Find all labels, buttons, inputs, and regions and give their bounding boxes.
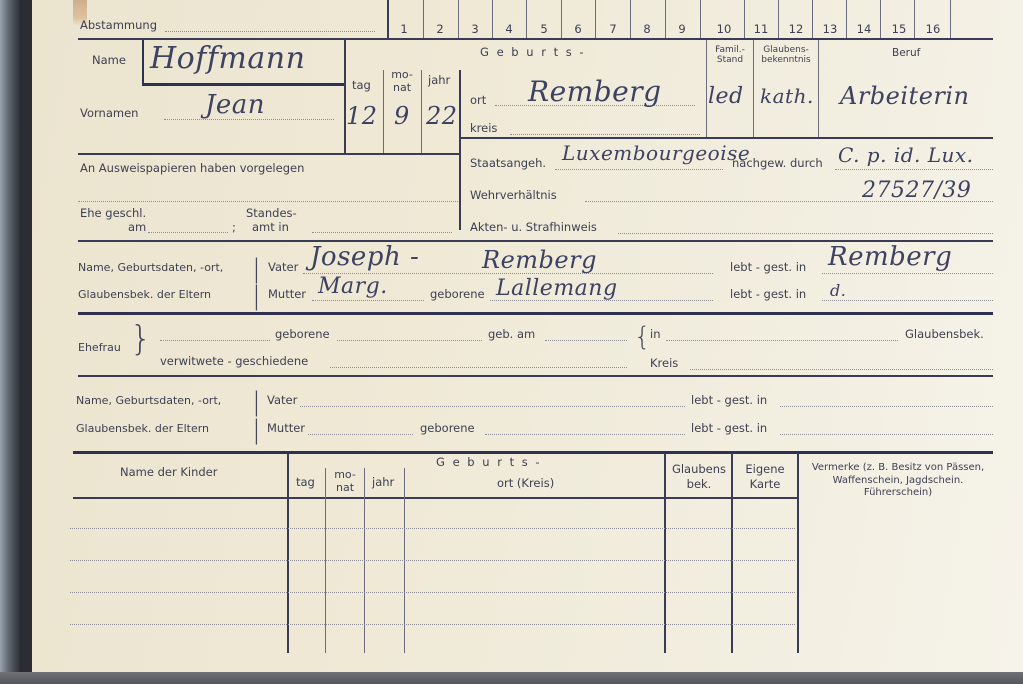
- geb-am-line: [545, 340, 627, 341]
- ehe-label: Ehe geschl.: [80, 208, 146, 220]
- in-label: in: [650, 329, 660, 341]
- wehr-label: Wehrverhältnis: [470, 190, 557, 202]
- vornamen-value[interactable]: Jean: [205, 92, 265, 118]
- famil-stand-label: Famil.- Stand: [707, 45, 753, 65]
- table-row[interactable]: [70, 624, 795, 625]
- children-geburts-header: G e b u r t s -: [436, 457, 542, 469]
- mutter-lebt-line: [822, 300, 993, 301]
- staatsangeh-line: [555, 169, 723, 170]
- vater-lebt-value[interactable]: Remberg: [828, 244, 952, 270]
- col-divider: [914, 0, 915, 38]
- spouse-mutter-lebt-line: [780, 434, 993, 435]
- geborene-label: geborene: [430, 289, 485, 301]
- divider: [459, 70, 461, 230]
- spouse-kreis-label: Kreis: [650, 358, 678, 370]
- brace: {: [634, 324, 651, 350]
- mutter-lebt-value[interactable]: d.: [830, 283, 846, 299]
- wehr-value[interactable]: 27527/39: [862, 180, 971, 202]
- parents-label-1: Name, Geburtsdaten, -ort,: [78, 262, 223, 273]
- verwitwete-label: verwitwete - geschiedene: [160, 356, 308, 368]
- table-row[interactable]: [70, 528, 795, 529]
- glaubensbek-label: Glaubensbek.: [905, 329, 984, 341]
- column-number: 7: [603, 22, 623, 36]
- rule: [73, 451, 993, 454]
- akten-line: [618, 233, 993, 234]
- spouse-parents-label-1: Name, Geburtsdaten, -ort,: [76, 395, 221, 406]
- column-number: 11: [751, 22, 771, 36]
- beruf-label: Beruf: [892, 48, 920, 59]
- name-label: Name: [92, 55, 126, 67]
- ehefrau-geborene-label: geborene: [275, 329, 330, 341]
- staatsangeh-label: Staatsangeh.: [470, 158, 546, 170]
- geburts-label: G e b u r t s -: [480, 47, 586, 59]
- spouse-mutter-lebt-label: lebt - gest. in: [691, 423, 767, 435]
- spouse-vater-label: Vater: [267, 395, 297, 407]
- children-monat-header: mo- nat: [328, 468, 362, 494]
- spouse-vater-lebt-label: lebt - gest. in: [691, 395, 767, 407]
- glaubens-label: Glaubens- bekenntnis: [754, 45, 818, 65]
- children-karte-header: Eigene Karte: [733, 462, 797, 492]
- ort-value[interactable]: Remberg: [528, 78, 662, 106]
- spouse-kreis-line: [690, 369, 993, 370]
- divider: [383, 70, 384, 153]
- vermerke-label: Vermerke (z. B. Besitz von Pässen, Waffe…: [800, 462, 996, 500]
- background-bottom: [0, 672, 1023, 684]
- spouse-geborene-label: geborene: [420, 423, 475, 435]
- vornamen-label: Vornamen: [80, 108, 138, 120]
- spouse-vater-lebt-line: [780, 406, 993, 407]
- staatsangeh-value[interactable]: Luxembourgeoise: [562, 143, 750, 163]
- col-divider: [526, 0, 527, 38]
- separator: ;: [232, 222, 236, 234]
- col-divider: [630, 0, 631, 38]
- spouse-mutter-line: [308, 434, 413, 435]
- vater-lebt-label: lebt - gest. in: [730, 262, 806, 274]
- col-divider: [778, 0, 779, 38]
- column-number: 16: [923, 22, 943, 36]
- divider: [421, 70, 422, 153]
- spouse-mutter-label: Mutter: [267, 423, 305, 435]
- birth-year-value[interactable]: 22: [426, 104, 458, 128]
- nachgew-value[interactable]: C. p. id. Lux.: [838, 145, 974, 165]
- name-value[interactable]: Hoffmann: [150, 44, 305, 74]
- column-number: 6: [568, 22, 588, 36]
- mutter-value[interactable]: Marg.: [318, 276, 388, 298]
- col-divider: [731, 453, 733, 653]
- children-header-rule: [73, 497, 798, 499]
- rule: [78, 312, 993, 315]
- table-row[interactable]: [70, 560, 795, 561]
- col-divider: [423, 0, 424, 38]
- column-number: 2: [430, 22, 450, 36]
- background-left: [0, 0, 22, 684]
- col-divider: [595, 0, 596, 38]
- spouse-geborene-line: [485, 434, 685, 435]
- column-number: 4: [499, 22, 519, 36]
- kreis-line: [510, 134, 700, 135]
- col-divider: [812, 0, 813, 38]
- brace: |: [252, 417, 261, 443]
- ehe-am-line: [148, 232, 228, 233]
- nachgew-line: [835, 169, 993, 170]
- spouse-parents-label-2: Glaubensbek. der Eltern: [76, 423, 209, 434]
- children-ort-header: ort (Kreis): [497, 478, 554, 490]
- column-number: 15: [889, 22, 909, 36]
- vater-value[interactable]: Joseph -: [310, 244, 419, 270]
- column-number: 1: [394, 22, 414, 36]
- nachgew-label: nachgew. durch: [732, 158, 823, 170]
- col-divider: [492, 0, 493, 38]
- ort-label: ort: [470, 95, 486, 107]
- brace: |: [252, 283, 261, 309]
- ausweis-line: [78, 201, 458, 202]
- column-number: 14: [854, 22, 874, 36]
- divider: [344, 40, 346, 153]
- col-divider: [664, 453, 666, 653]
- famil-stand-value[interactable]: led: [708, 86, 744, 108]
- col-divider: [950, 0, 951, 38]
- col-divider: [700, 0, 701, 38]
- rule: [78, 375, 993, 377]
- rule: [459, 137, 993, 139]
- column-number: 13: [820, 22, 840, 36]
- brace: |: [252, 256, 261, 282]
- table-row[interactable]: [70, 592, 795, 593]
- vater-label: Vater: [268, 262, 298, 274]
- ehefrau-label: Ehefrau: [78, 342, 121, 353]
- geborene-value[interactable]: Lallemang: [496, 278, 618, 300]
- vater-lebt-line: [822, 273, 993, 274]
- col-divider: [846, 0, 847, 38]
- column-number: 9: [672, 22, 692, 36]
- column-number: 12: [786, 22, 806, 36]
- ehefrau-name-line: [160, 340, 270, 341]
- children-glaubens-header: Glaubens bek.: [666, 462, 732, 492]
- vater-place-value[interactable]: Remberg: [482, 248, 597, 272]
- col-divider: [287, 453, 289, 653]
- column-number: 5: [534, 22, 554, 36]
- brace: }: [130, 322, 152, 356]
- verwitwete-line: [330, 367, 627, 368]
- jahr-label: jahr: [428, 75, 450, 87]
- spouse-vater-line: [300, 406, 685, 407]
- col-divider: [561, 0, 562, 38]
- abstammung-line: [165, 31, 375, 32]
- children-tag-header: tag: [296, 477, 315, 489]
- akten-label: Akten- u. Strafhinweis: [470, 222, 597, 234]
- col-divider: [797, 453, 799, 653]
- column-number: 8: [637, 22, 657, 36]
- col-divider: [665, 0, 666, 38]
- tag-label: tag: [352, 80, 371, 92]
- birth-month-value[interactable]: 9: [394, 104, 410, 128]
- ausweis-label: An Ausweispapieren haben vorgelegen: [80, 163, 304, 175]
- glaubens-value[interactable]: kath.: [760, 86, 814, 106]
- column-number: 10: [714, 22, 734, 36]
- standes-line: [312, 232, 452, 233]
- col-divider: [744, 0, 745, 38]
- col-divider: [458, 0, 459, 38]
- monat-label: mo- nat: [389, 68, 415, 94]
- mutter-line: [312, 300, 424, 301]
- rule: [78, 153, 459, 155]
- children-jahr-header: jahr: [372, 477, 394, 489]
- col-divider: [880, 0, 881, 38]
- col-divider: [387, 0, 389, 38]
- in-line: [666, 340, 898, 341]
- standes-label: Standes-: [246, 208, 297, 220]
- ehefrau-geborene-line: [337, 340, 482, 341]
- parents-label-2: Glaubensbek. der Eltern: [78, 289, 211, 300]
- birth-day-value[interactable]: 12: [346, 104, 378, 128]
- divider: [818, 40, 819, 137]
- mutter-label: Mutter: [268, 289, 306, 301]
- geb-am-label: geb. am: [488, 329, 535, 341]
- ehe-am-label: am: [128, 222, 146, 234]
- children-name-header: Name der Kinder: [120, 467, 217, 479]
- brace: |: [252, 389, 261, 415]
- beruf-value[interactable]: Arbeiterin: [840, 84, 970, 108]
- kreis-label: kreis: [470, 123, 497, 135]
- mutter-lebt-label: lebt - gest. in: [730, 289, 806, 301]
- column-number: 3: [465, 22, 485, 36]
- abstammung-label: Abstammung: [80, 20, 157, 32]
- standes-amt-label: amt in: [252, 222, 289, 234]
